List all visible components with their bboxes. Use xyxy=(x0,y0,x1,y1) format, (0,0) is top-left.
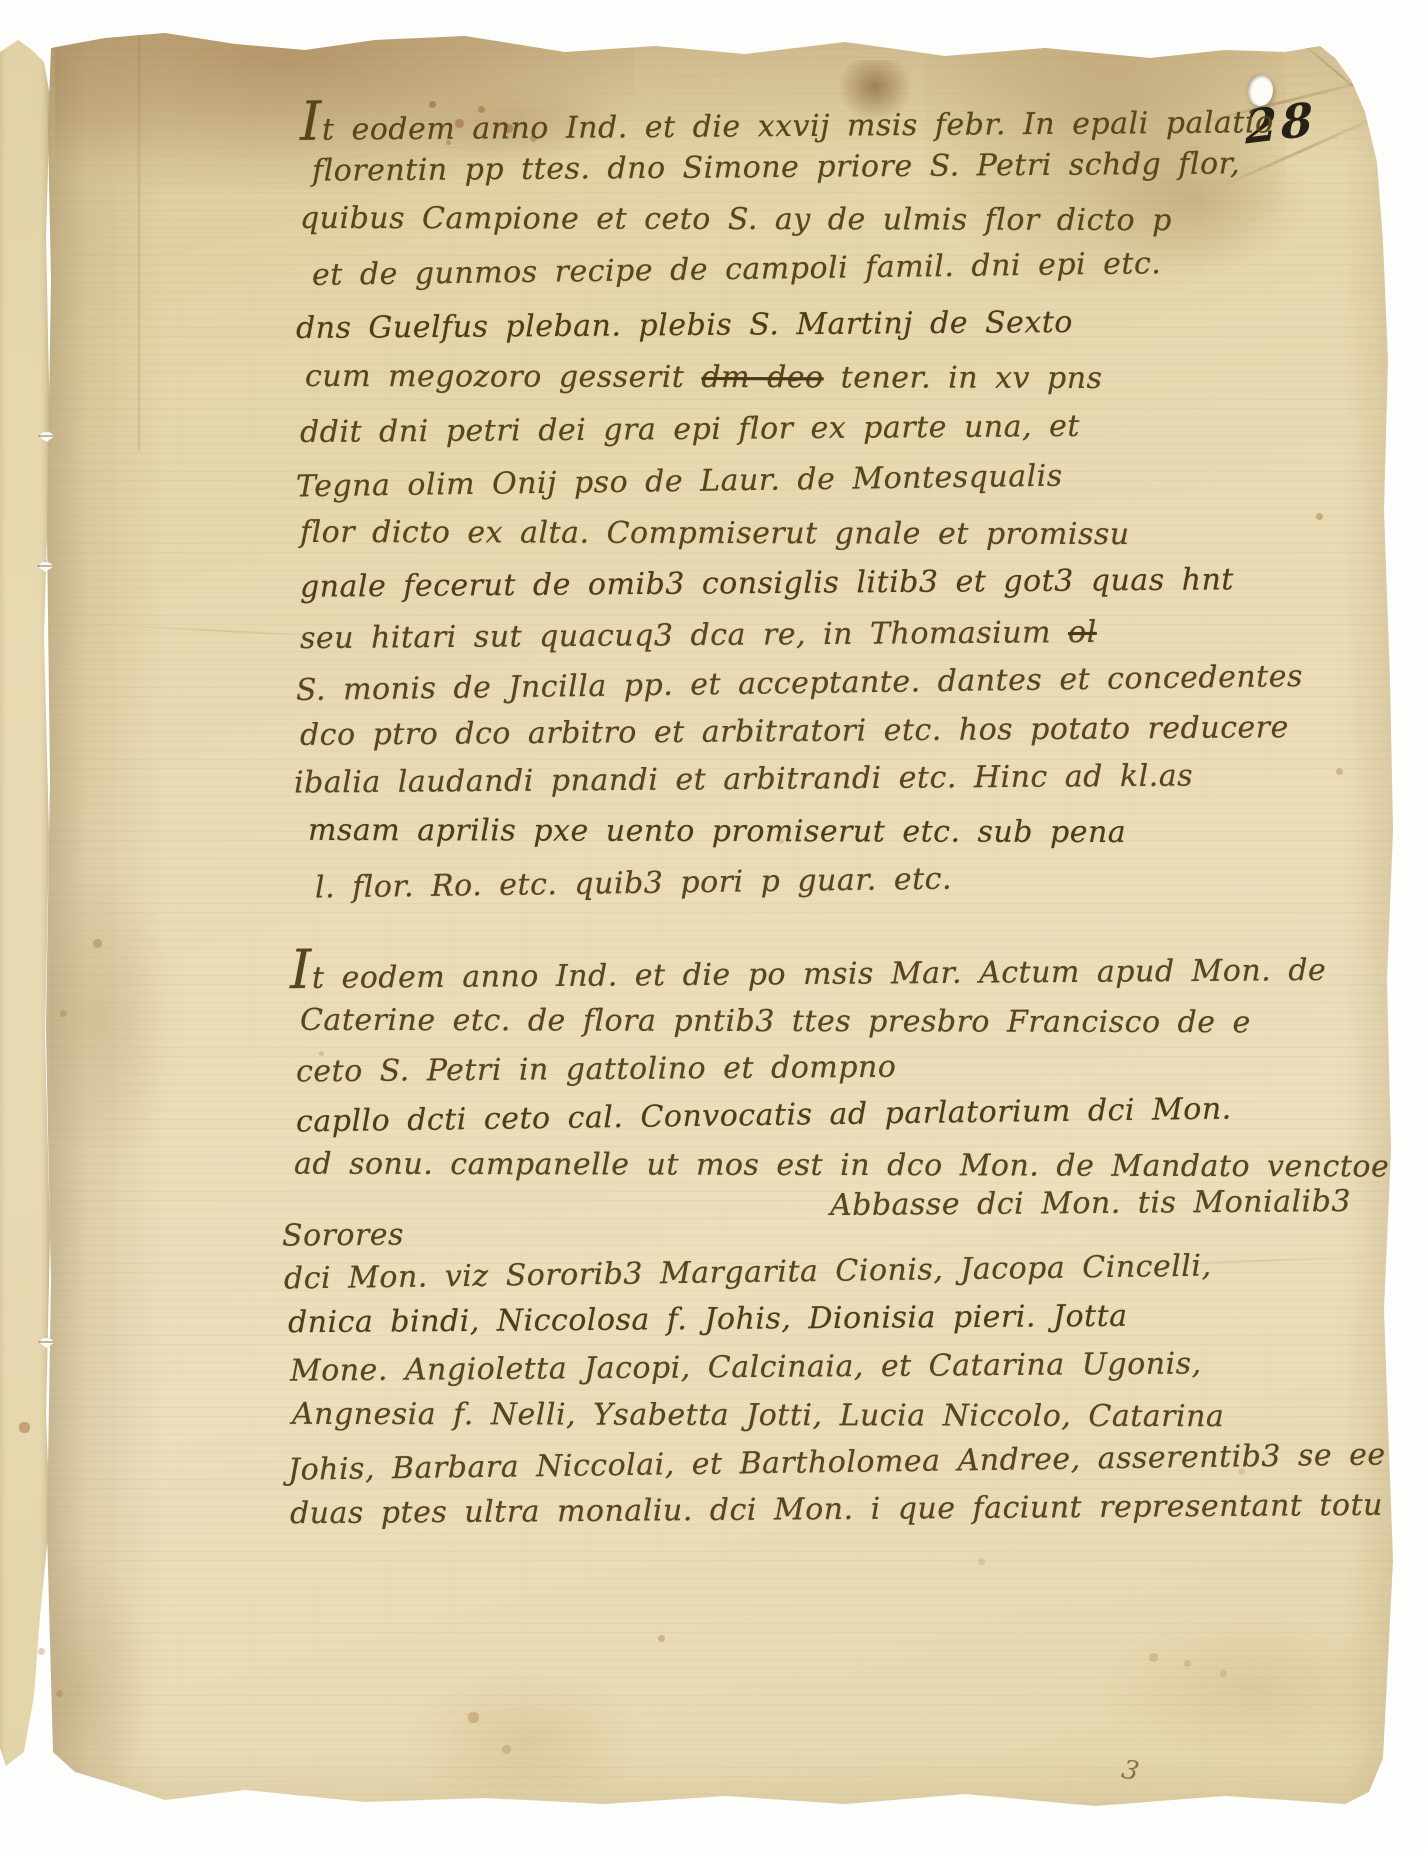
paper-crease xyxy=(1125,1255,1385,1266)
stain-gutter-lower xyxy=(45,1560,145,1820)
water-stain-top-right xyxy=(925,40,1285,290)
stain-mid-left xyxy=(50,880,180,1160)
manuscript-scan: 28 It eodem anno Ind. et die xxvij msis … xyxy=(0,0,1425,1850)
paper-crease xyxy=(105,624,345,639)
fold-crease xyxy=(137,30,141,450)
stain-bottom-right xyxy=(1095,1610,1375,1760)
foxing-spots xyxy=(0,0,3,3)
tan-smudge xyxy=(415,85,615,165)
stain-top-left xyxy=(55,30,635,190)
manuscript-page xyxy=(45,30,1397,1822)
stain-bottom-left xyxy=(405,1670,645,1800)
ink-blot-stain xyxy=(840,60,910,120)
folio-number: 28 xyxy=(1245,91,1317,154)
adjacent-folio-edge xyxy=(0,36,54,1788)
